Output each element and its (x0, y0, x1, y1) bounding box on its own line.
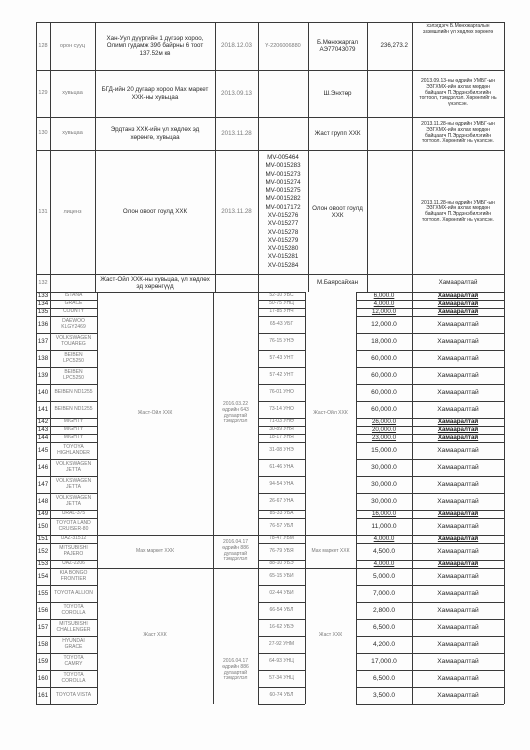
row-number: 149 (36, 510, 50, 518)
table-rule (308, 22, 309, 292)
relation-status: Хамааралтай (412, 442, 504, 459)
license-code: MV-005464 (267, 154, 299, 162)
table-rule (258, 619, 305, 620)
vehicle-model: TOYOTA COROLLA (50, 670, 97, 687)
license-plate: 76-57 УБЛ (258, 518, 305, 535)
table-rule (36, 619, 97, 620)
table-rule (36, 70, 504, 71)
table-rule (36, 150, 504, 151)
table-rule (258, 493, 305, 494)
table-rule (36, 493, 97, 494)
table-rule (36, 350, 97, 351)
license-plate: 73-14 УНО (258, 401, 305, 418)
table-rule (36, 274, 504, 275)
asset-type: орон сууц (50, 22, 95, 70)
amount: 4,000.0 (356, 300, 412, 308)
table-rule (36, 670, 97, 671)
table-rule (36, 308, 97, 309)
table-rule (258, 653, 305, 654)
vehicle-model: VOLKSWAGEN JETTA (50, 476, 97, 493)
table-rule (36, 704, 97, 705)
table-rule (258, 333, 305, 334)
table-rule (258, 401, 305, 402)
table-rule (367, 22, 368, 292)
row-number: 155 (36, 585, 50, 602)
row-number: 140 (36, 384, 50, 401)
amount: 60,000.0 (356, 367, 412, 384)
license-plate: 85-33 УБА (258, 510, 305, 518)
note: Хамааралтай (412, 274, 504, 292)
table-rule (36, 687, 97, 688)
table-rule (412, 22, 413, 292)
table-rule (36, 292, 97, 293)
table-rule (36, 22, 504, 23)
license-plate: 17-85 УНЧ (258, 308, 305, 316)
row-number: 157 (36, 619, 50, 636)
license-plate: 71-03 УНӨ (258, 418, 305, 426)
relation-status: Хамааралтай (412, 418, 504, 426)
note: 2013.11.28-ны өдрийн УМБГ-ын ЭЗГХМХ-ийн … (412, 117, 504, 150)
table-rule (258, 308, 305, 309)
registration-number (258, 70, 308, 117)
asset-description: БГД-ийн 20 дугаар хороо Мах маркет ХХК-н… (95, 70, 215, 117)
table-rule (356, 510, 504, 511)
table-rule (258, 292, 305, 293)
license-plate: 76-79 УБЯ (258, 543, 305, 560)
row-number: 128 (36, 22, 50, 70)
license-code: XV-015276 (268, 212, 299, 220)
license-code: XV-015277 (268, 220, 299, 228)
amount: 6,500.0 (356, 619, 412, 636)
table-rule (258, 442, 305, 443)
vehicle-model: TOYOYA HIGHLANDER (50, 442, 97, 459)
relation-status: Хамааралтай (412, 292, 504, 300)
group-owner: Жаст ХХК (305, 568, 356, 704)
amount: 60,000.0 (356, 350, 412, 367)
table-rule (504, 22, 505, 292)
license-plate: 52-10 УБС (258, 292, 305, 300)
table-rule (356, 619, 504, 620)
relation-status: Хамааралтай (412, 459, 504, 476)
table-rule (258, 434, 305, 435)
table-rule (356, 518, 504, 519)
license-plate: 02-44 УБИ (258, 585, 305, 602)
table-rule (356, 543, 504, 544)
table-rule (258, 367, 305, 368)
row-number: 151 (36, 535, 50, 543)
vehicle-model: MITSUBISHI PAJERO (50, 543, 97, 560)
table-rule (258, 636, 305, 637)
table-rule (36, 434, 97, 435)
group-company: Жаст-Ойл ХХК (97, 292, 213, 535)
table-rule (356, 704, 504, 705)
row-number: 132 (36, 274, 50, 292)
amount: 30,000.0 (356, 459, 412, 476)
row-number: 134 (36, 300, 50, 308)
table-rule (36, 117, 504, 118)
table-rule (36, 653, 97, 654)
license-plate: 61-46 УНА (258, 459, 305, 476)
table-rule (356, 670, 504, 671)
table-rule (50, 292, 51, 704)
table-rule (258, 316, 305, 317)
table-rule (36, 518, 97, 519)
owner: Олон овоот гоулд ХХК (308, 150, 367, 274)
table-rule (356, 535, 504, 536)
row-number: 158 (36, 636, 50, 653)
vehicle-model: TOYOTA CAMRY (50, 653, 97, 670)
row-number: 144 (36, 434, 50, 442)
asset-type: хувьцаа (50, 117, 95, 150)
table-rule (356, 493, 504, 494)
relation-status: Хамааралтай (412, 636, 504, 653)
vehicle-model: UAZ-31512 (50, 535, 97, 543)
table-rule (258, 535, 305, 536)
amount: 2,800.0 (356, 602, 412, 619)
vehicle-model: MIGHTY (50, 426, 97, 434)
vehicle-model: UAZ-2206 (50, 560, 97, 568)
license-plate: 30-89 УНЯ (258, 426, 305, 434)
vehicle-model: BEIBEN ND1255 (50, 384, 97, 401)
row-number: 133 (36, 292, 50, 300)
registration-number (258, 117, 308, 150)
license-plate: 65-43 УБГ (258, 316, 305, 333)
table-rule (258, 418, 305, 419)
table-rule (356, 292, 504, 293)
owner: Ш.Энхтөр (308, 70, 367, 117)
row-number: 153 (36, 560, 50, 568)
license-code: MV-0015282 (265, 195, 300, 203)
amount (367, 150, 412, 274)
scanned-document-page: 128орон сууцХан-Уул дүүргийн 1 дүгээр хо… (0, 0, 530, 750)
row-number: 150 (36, 518, 50, 535)
table-rule (36, 442, 97, 443)
relation-status: Хамааралтай (412, 585, 504, 602)
asset-description: Жаст-Ойл ХХК-ны хувьцаа, үл хөдлөх эд хө… (95, 274, 215, 292)
table-rule (356, 316, 504, 317)
license-plate: 57-43 УНТ (258, 350, 305, 367)
amount: 26,000.0 (356, 418, 412, 426)
amount: 236,273.2 (367, 22, 412, 70)
table-rule (356, 300, 504, 301)
table-rule (36, 401, 97, 402)
relation-status: Хамааралтай (412, 350, 504, 367)
row-number: 152 (36, 543, 50, 560)
license-plate: 66-54 УБЛ (258, 602, 305, 619)
owner: М.Баярсайхан (308, 274, 367, 292)
relation-status: Хамааралтай (412, 401, 504, 418)
relation-status: Хамааралтай (412, 560, 504, 568)
amount: 6,500.0 (356, 670, 412, 687)
note: 2013.11.28-ны өдрийн УМБГ-ын ЭЗГХМХ-ийн … (412, 150, 504, 274)
license-plate: 50-75 УНЦ (258, 300, 305, 308)
license-plate: 57-42 УНТ (258, 367, 305, 384)
amount: 4,000.0 (356, 535, 412, 543)
table-rule (356, 636, 504, 637)
vehicle-model: MIGHTY (50, 434, 97, 442)
owner: Жаст групп ХХК (308, 117, 367, 150)
table-rule (258, 687, 305, 688)
table-rule (258, 568, 305, 569)
table-rule (215, 22, 216, 292)
table-rule (36, 316, 97, 317)
relation-status: Хамааралтай (412, 535, 504, 543)
row-number: 138 (36, 350, 50, 367)
table-rule (36, 535, 97, 536)
table-rule (258, 585, 305, 586)
table-rule (356, 434, 504, 435)
amount: 60,000.0 (356, 384, 412, 401)
table-rule (36, 459, 97, 460)
registration-list: MV-005464MV-0015283MV-0015273MV-0015274M… (258, 150, 308, 274)
amount: 17,000.0 (356, 653, 412, 670)
table-rule (258, 300, 305, 301)
row-number: 145 (36, 442, 50, 459)
license-plate: 94-54 УНА (258, 476, 305, 493)
vehicle-model: MIGHTY (50, 418, 97, 426)
vehicle-model: HYUNDAI GRACE (50, 636, 97, 653)
table-rule (356, 384, 504, 385)
asset-description: Хан-Уул дүүргийн 1 дүгээр хороо, Олимп г… (95, 22, 215, 70)
license-plate: 60-74 УБЛ (258, 687, 305, 704)
license-plate: 16-62 УБЭ (258, 619, 305, 636)
vehicle-model: TOYOTA ALLION (50, 585, 97, 602)
license-plate: 31-08 УНЭ (258, 442, 305, 459)
amount (367, 70, 412, 117)
license-code: XV-015280 (268, 245, 299, 253)
table-rule (356, 350, 504, 351)
table-rule (258, 602, 305, 603)
license-code: MV-0015274 (265, 179, 300, 187)
group-company: Мах маркет ХХК (97, 535, 213, 568)
table-rule (356, 333, 504, 334)
row-number: 159 (36, 653, 50, 670)
row-number: 131 (36, 150, 50, 274)
registration-number (258, 274, 308, 292)
table-rule (36, 636, 97, 637)
vehicle-model: BEIBEN LPC5250 (50, 367, 97, 384)
row-number: 160 (36, 670, 50, 687)
amount (367, 117, 412, 150)
amount: 6,000.0 (356, 292, 412, 300)
amount: 15,000.0 (356, 442, 412, 459)
table-rule (36, 585, 97, 586)
relation-status: Хамааралтай (412, 333, 504, 350)
row-number: 130 (36, 117, 50, 150)
row-number: 143 (36, 426, 50, 434)
row-number: 146 (36, 459, 50, 476)
license-plate: 57-34 УНЦ (258, 670, 305, 687)
relation-status: Хамааралтай (412, 476, 504, 493)
amount: 7,000.0 (356, 585, 412, 602)
table-rule (258, 518, 305, 519)
vehicle-model: VOLKSWAGEN JETTA (50, 493, 97, 510)
license-code: MV-0015275 (265, 187, 300, 195)
asset-date: 2013.11.28 (215, 150, 258, 274)
license-code: XV-015281 (268, 253, 299, 261)
row-number: 142 (36, 418, 50, 426)
amount: 12,000.0 (356, 308, 412, 316)
relation-status: Хамааралтай (412, 543, 504, 560)
relation-status: Хамааралтай (412, 300, 504, 308)
license-plate: 27-92 УНМ (258, 636, 305, 653)
vehicle-model: URAL-375 (50, 510, 97, 518)
license-code: XV-015279 (268, 237, 299, 245)
amount: 4,500.0 (356, 543, 412, 560)
table-rule (36, 333, 97, 334)
table-rule (356, 426, 504, 427)
vehicle-model: ISTANA (50, 292, 97, 300)
license-plate: 88-10 УБЭ (258, 560, 305, 568)
table-rule (356, 442, 504, 443)
table-rule (258, 350, 305, 351)
table-rule (50, 274, 51, 292)
asset-type (50, 274, 95, 292)
owner: Б.Мөнхжаргал АЭ77043079 (308, 22, 367, 70)
row-number: 135 (36, 308, 50, 316)
group-date-note: 2016.04.17 өдрийн 886 дугаартай тэмдэглэ… (213, 568, 258, 704)
license-code: MV-0015273 (265, 171, 300, 179)
table-rule (356, 308, 504, 309)
relation-status: Хамааралтай (412, 670, 504, 687)
row-number: 161 (36, 687, 50, 704)
license-code: XV-015284 (268, 262, 299, 270)
row-number: 156 (36, 602, 50, 619)
table-rule (36, 602, 97, 603)
group-owner: Жаст-Ойл ХХК (305, 292, 356, 535)
relation-status: Хамааралтай (412, 568, 504, 585)
amount: 4,000.0 (356, 560, 412, 568)
table-rule (36, 568, 97, 569)
vehicle-model: TOYOTA COROLLA (50, 602, 97, 619)
table-rule (36, 418, 97, 419)
asset-type: хувьцаа (50, 70, 95, 117)
license-code: MV-0015283 (265, 162, 300, 170)
asset-description: Олон овоот гоулд ХХК (95, 150, 215, 274)
amount: 11,000.0 (356, 518, 412, 535)
table-rule (258, 560, 305, 561)
table-rule (356, 602, 504, 603)
license-plate: 76-15 УНЭ (258, 333, 305, 350)
vehicle-model: BEIBEN LPC5250 (50, 350, 97, 367)
asset-type: лиценз (50, 150, 95, 274)
row-number: 154 (36, 568, 50, 585)
asset-date: 2013.11.28 (215, 117, 258, 150)
license-plate: 78-47 УБМ (258, 535, 305, 543)
vehicle-model: BEIBEN ND1255 (50, 401, 97, 418)
vehicle-model: MITSUBISHI CHALLENGER (50, 619, 97, 636)
table-rule (36, 22, 37, 292)
table-rule (258, 704, 305, 705)
table-rule (258, 670, 305, 671)
relation-status: Хамааралтай (412, 653, 504, 670)
relation-status: Хамааралтай (412, 687, 504, 704)
vehicle-model: TOYOTA LAND CRUISER-80 (50, 518, 97, 535)
relation-status: Хамааралтай (412, 602, 504, 619)
table-rule (356, 476, 504, 477)
table-rule (258, 459, 305, 460)
license-plate: 18-17 УНЯ (258, 434, 305, 442)
asset-date (215, 274, 258, 292)
relation-status: Хамааралтай (412, 308, 504, 316)
amount: 30,000.0 (356, 476, 412, 493)
license-plate: 64-93 УНЦ (258, 653, 305, 670)
table-rule (356, 687, 504, 688)
amount: 20,000.0 (356, 426, 412, 434)
license-code: XV-015278 (268, 229, 299, 237)
table-rule (258, 22, 259, 292)
amount: 12,000.0 (356, 316, 412, 333)
license-plate: 65-15 УБИ (258, 568, 305, 585)
table-rule (36, 560, 97, 561)
table-rule (258, 292, 259, 704)
table-rule (36, 543, 97, 544)
table-rule (356, 292, 357, 704)
vehicle-model: VOLKSWAGEN TOUAREG (50, 333, 97, 350)
amount: 60,000.0 (356, 401, 412, 418)
license-code: MV-0017172 (265, 204, 300, 212)
group-date-note: 2016.03.22 өдрийн 643 дугаартай тэмдэглэ… (213, 292, 258, 535)
table-rule (258, 426, 305, 427)
table-rule (258, 476, 305, 477)
group-date-note: 2016.04.17 өдрийн 886 дугаартай тэмдэглэ… (213, 535, 258, 568)
table-rule (50, 22, 51, 292)
relation-status: Хамааралтай (412, 316, 504, 333)
table-rule (356, 568, 504, 569)
table-rule (356, 418, 504, 419)
table-rule (36, 426, 97, 427)
table-rule (258, 510, 305, 511)
relation-status: Хамааралтай (412, 518, 504, 535)
relation-status: Хамааралтай (412, 384, 504, 401)
relation-status: Хамааралтай (412, 619, 504, 636)
registration-number: Ү-2206006880 (258, 22, 308, 70)
amount: 18,000.0 (356, 333, 412, 350)
asset-description: Эрдтанз ХХК-ийн үл хөдлөх эд хөрөнгө, ху… (95, 117, 215, 150)
amount: 16,000.0 (356, 510, 412, 518)
asset-date: 2013.09.13 (215, 70, 258, 117)
relation-status: Хамааралтай (412, 434, 504, 442)
vehicle-model: TOYOTA VISTA (50, 687, 97, 704)
note: хэлэгдэгч Б.Мөнхжаргалын эзэмшлийн үл хө… (412, 22, 504, 70)
table-rule (36, 384, 97, 385)
vehicle-model: KIA BONGO FRONTIER (50, 568, 97, 585)
table-rule (258, 543, 305, 544)
group-owner: Мах маркет ХХК (305, 535, 356, 568)
relation-status: Хамааралтай (412, 367, 504, 384)
table-rule (356, 401, 504, 402)
vehicle-model: COUNTY (50, 308, 97, 316)
amount: 3,500.0 (356, 687, 412, 704)
table-rule (258, 384, 305, 385)
table-rule (36, 292, 37, 704)
row-number: 148 (36, 493, 50, 510)
table-rule (95, 22, 96, 292)
vehicle-model: DAEWOO KLGY2469 (50, 316, 97, 333)
relation-status: Хамааралтай (412, 426, 504, 434)
table-rule (356, 459, 504, 460)
table-rule (504, 292, 505, 704)
row-number: 139 (36, 367, 50, 384)
table-rule (36, 300, 97, 301)
table-rule (356, 585, 504, 586)
amount: 4,200.0 (356, 636, 412, 653)
license-plate: 26-67 УНА (258, 493, 305, 510)
amount (367, 274, 412, 292)
vehicle-model: GRACE (50, 300, 97, 308)
asset-date: 2018.12.03 (215, 22, 258, 70)
amount: 5,000.0 (356, 568, 412, 585)
